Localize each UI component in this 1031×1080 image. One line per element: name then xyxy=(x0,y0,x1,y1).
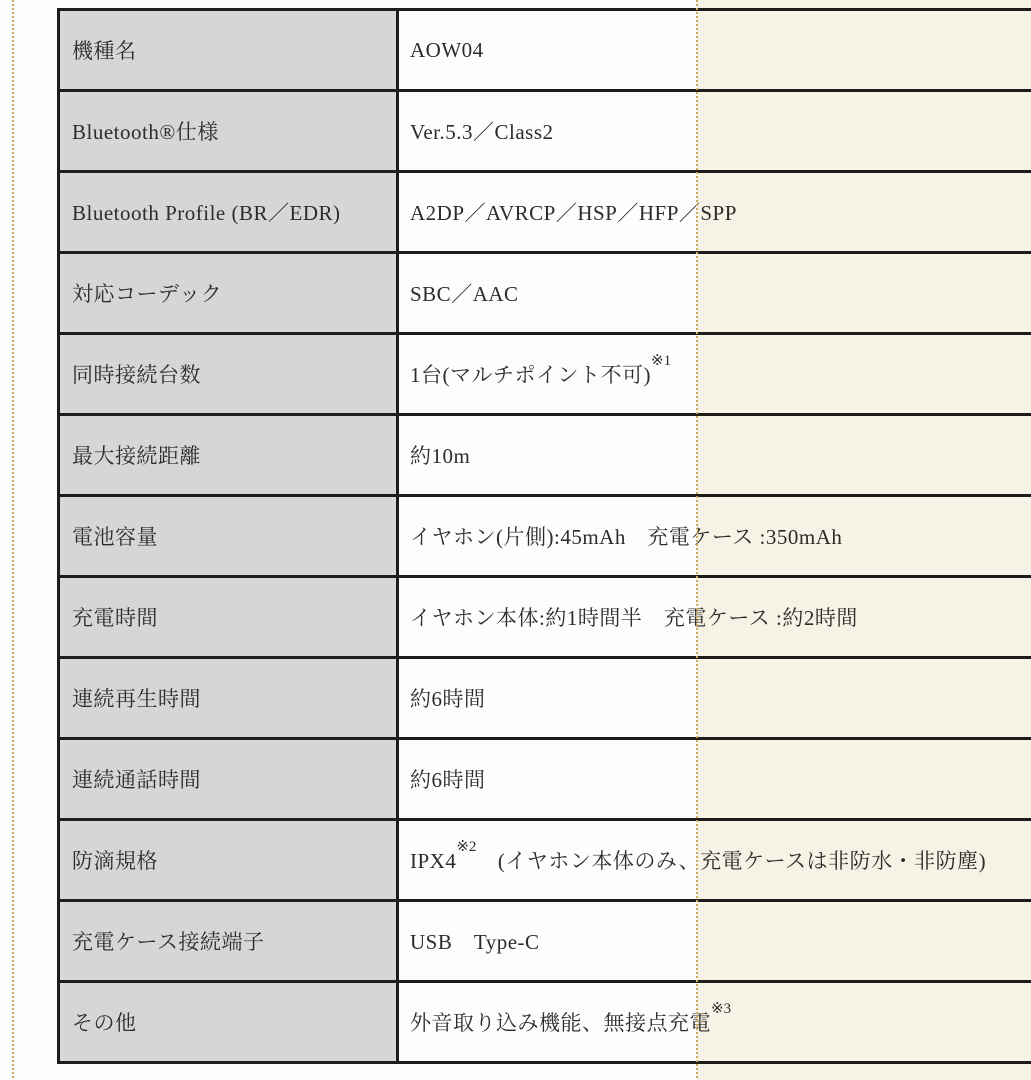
spec-value-text: イヤホン(片側):45mAh 充電ケース :350mAh xyxy=(410,525,842,549)
spec-table-row: 電池容量 イヤホン(片側):45mAh 充電ケース :350mAh xyxy=(59,496,1031,577)
spec-table-row: 機種名 AOW04 xyxy=(59,10,1031,91)
spec-value: イヤホン本体:約1時間半 充電ケース :約2時間 xyxy=(398,577,1031,658)
spec-label: 同時接続台数 xyxy=(59,334,398,415)
spec-table-body: 機種名 AOW04 Bluetooth®仕様 Ver.5.3／Class2 Bl… xyxy=(59,10,1031,1063)
spec-label: 最大接続距離 xyxy=(59,415,398,496)
spec-value-text: AOW04 xyxy=(410,38,484,62)
spec-value-text: 約6時間 xyxy=(410,687,486,711)
spec-table-row: 充電時間 イヤホン本体:約1時間半 充電ケース :約2時間 xyxy=(59,577,1031,658)
spec-value: A2DP／AVRCP／HSP／HFP／SPP xyxy=(398,172,1031,253)
spec-value: AOW04 xyxy=(398,10,1031,91)
spec-value: SBC／AAC xyxy=(398,253,1031,334)
spec-value-text: USB Type-C xyxy=(410,930,540,954)
spec-label: 対応コーデック xyxy=(59,253,398,334)
spec-value-text: 1台(マルチポイント不可) xyxy=(410,363,651,387)
spec-value: 外音取り込み機能、無接点充電※3 xyxy=(398,982,1031,1063)
spec-table-row: Bluetooth®仕様 Ver.5.3／Class2 xyxy=(59,91,1031,172)
spec-value-text: IPX4 xyxy=(410,849,456,873)
spec-table-row: 対応コーデック SBC／AAC xyxy=(59,253,1031,334)
spec-label: 防滴規格 xyxy=(59,820,398,901)
spec-value-text: 約10m xyxy=(410,444,470,468)
spec-label: 連続通話時間 xyxy=(59,739,398,820)
spec-value-sup: ※3 xyxy=(711,1001,731,1017)
spec-value-text: イヤホン本体:約1時間半 充電ケース :約2時間 xyxy=(410,606,858,630)
left-guide-dotted-line xyxy=(12,0,14,1080)
spec-value-text: 約6時間 xyxy=(410,768,486,792)
spec-value: 1台(マルチポイント不可)※1 xyxy=(398,334,1031,415)
spec-label: 連続再生時間 xyxy=(59,658,398,739)
spec-value-text: 外音取り込み機能、無接点充電 xyxy=(410,1011,711,1035)
spec-value: 約10m xyxy=(398,415,1031,496)
spec-table-row: その他 外音取り込み機能、無接点充電※3 xyxy=(59,982,1031,1063)
spec-table-row: 防滴規格 IPX4※2 (イヤホン本体のみ、充電ケースは非防水・非防塵) xyxy=(59,820,1031,901)
spec-label: Bluetooth Profile (BR／EDR) xyxy=(59,172,398,253)
spec-value-text: Ver.5.3／Class2 xyxy=(410,120,554,144)
spec-table-row: 連続通話時間 約6時間 xyxy=(59,739,1031,820)
spec-label: 充電ケース接続端子 xyxy=(59,901,398,982)
spec-value: 約6時間 xyxy=(398,739,1031,820)
spec-label: その他 xyxy=(59,982,398,1063)
spec-value: USB Type-C xyxy=(398,901,1031,982)
spec-table: 機種名 AOW04 Bluetooth®仕様 Ver.5.3／Class2 Bl… xyxy=(57,8,1031,1064)
spec-label: 電池容量 xyxy=(59,496,398,577)
spec-table-row: 最大接続距離 約10m xyxy=(59,415,1031,496)
spec-value-text: SBC／AAC xyxy=(410,282,519,306)
spec-value-after: (イヤホン本体のみ、充電ケースは非防水・非防塵) xyxy=(476,849,986,873)
right-guide-dotted-line xyxy=(696,0,698,1080)
spec-value: IPX4※2 (イヤホン本体のみ、充電ケースは非防水・非防塵) xyxy=(398,820,1031,901)
spec-label: 充電時間 xyxy=(59,577,398,658)
spec-table-row: 充電ケース接続端子 USB Type-C xyxy=(59,901,1031,982)
spec-label: 機種名 xyxy=(59,10,398,91)
spec-value: Ver.5.3／Class2 xyxy=(398,91,1031,172)
spec-table-row: 連続再生時間 約6時間 xyxy=(59,658,1031,739)
spec-value-text: A2DP／AVRCP／HSP／HFP／SPP xyxy=(410,201,737,225)
spec-label: Bluetooth®仕様 xyxy=(59,91,398,172)
spec-table-row: 同時接続台数 1台(マルチポイント不可)※1 xyxy=(59,334,1031,415)
spec-value: イヤホン(片側):45mAh 充電ケース :350mAh xyxy=(398,496,1031,577)
spec-value: 約6時間 xyxy=(398,658,1031,739)
spec-table-row: Bluetooth Profile (BR／EDR) A2DP／AVRCP／HS… xyxy=(59,172,1031,253)
spec-value-sup: ※2 xyxy=(456,839,476,855)
spec-value-sup: ※1 xyxy=(651,353,671,369)
